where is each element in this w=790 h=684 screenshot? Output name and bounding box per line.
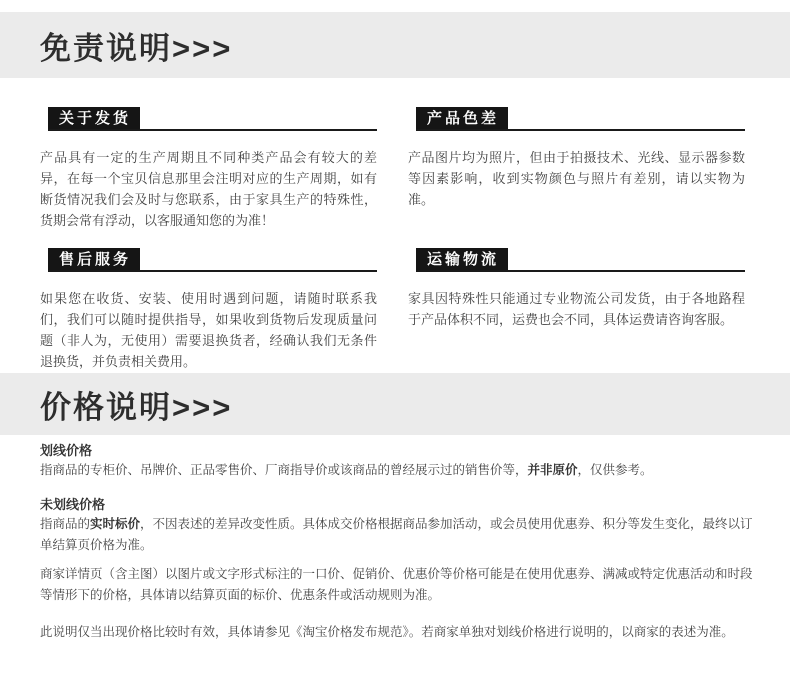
unstrikethrough-price-text: 指商品的实时标价，不因表述的差异改变性质。具体成交价格根据商品参加活动，或会员使… — [40, 514, 754, 556]
price-comparison-validity-note: 此说明仅当出现价格比较时有效，具体请参见《淘宝价格发布规范》。若商家单独对划线价… — [40, 622, 754, 643]
pricing-title-band: 价格说明>>> — [0, 373, 790, 435]
section-heading-shipping: 关于发货 — [48, 107, 140, 129]
strikethrough-price-text: 指商品的专柜价、吊牌价、正品零售价、厂商指导价或该商品的曾经展示过的销售价等，并… — [40, 460, 754, 481]
disclaimer-title-band: 免责说明>>> — [0, 12, 790, 78]
strikethrough-price-block: 划线价格 指商品的专柜价、吊牌价、正品零售价、厂商指导价或该商品的曾经展示过的销… — [40, 441, 754, 481]
unstrikethrough-price-block: 未划线价格 指商品的实时标价，不因表述的差异改变性质。具体成交价格根据商品参加活… — [40, 495, 754, 556]
section-heading-aftersales: 售后服务 — [48, 248, 140, 270]
disclaimer-title: 免责说明>>> — [40, 23, 232, 68]
section-heading-rule: 产品色差 — [416, 107, 745, 131]
section-heading-color: 产品色差 — [416, 107, 508, 129]
pricing-title: 价格说明>>> — [40, 382, 232, 427]
section-body-shipping: 产品具有一定的生产周期且不同种类产品会有较大的差异，在每一个宝贝信息那里会注明对… — [40, 147, 377, 231]
section-about-shipping: 关于发货 产品具有一定的生产周期且不同种类产品会有较大的差异，在每一个宝贝信息那… — [40, 107, 377, 231]
section-after-sales: 售后服务 如果您在收货、安装、使用时遇到问题，请随时联系我们，我们可以随时提供指… — [40, 248, 377, 372]
section-heading-rule: 运输物流 — [416, 248, 745, 272]
section-body-color: 产品图片均为照片，但由于拍摄技术、光线、显示器参数等因素影响，收到实物颜色与照片… — [408, 147, 745, 210]
section-heading-logistics: 运输物流 — [416, 248, 508, 270]
section-heading-rule: 售后服务 — [48, 248, 377, 272]
unstrikethrough-price-heading: 未划线价格 — [40, 495, 754, 514]
section-body-logistics: 家具因特殊性只能通过专业物流公司发货，由于各地路程于产品体积不同，运费也会不同，… — [408, 288, 745, 330]
section-body-aftersales: 如果您在收货、安装、使用时遇到问题，请随时联系我们，我们可以随时提供指导，如果收… — [40, 288, 377, 372]
section-heading-rule: 关于发货 — [48, 107, 377, 131]
strikethrough-price-heading: 划线价格 — [40, 441, 754, 460]
detail-page-price-note: 商家详情页（含主图）以图片或文字形式标注的一口价、促销价、优惠价等价格可能是在使… — [40, 564, 754, 606]
section-product-color: 产品色差 产品图片均为照片，但由于拍摄技术、光线、显示器参数等因素影响，收到实物… — [408, 107, 745, 210]
pricing-content: 划线价格 指商品的专柜价、吊牌价、正品零售价、厂商指导价或该商品的曾经展示过的销… — [40, 441, 754, 643]
section-logistics: 运输物流 家具因特殊性只能通过专业物流公司发货，由于各地路程于产品体积不同，运费… — [408, 248, 745, 330]
